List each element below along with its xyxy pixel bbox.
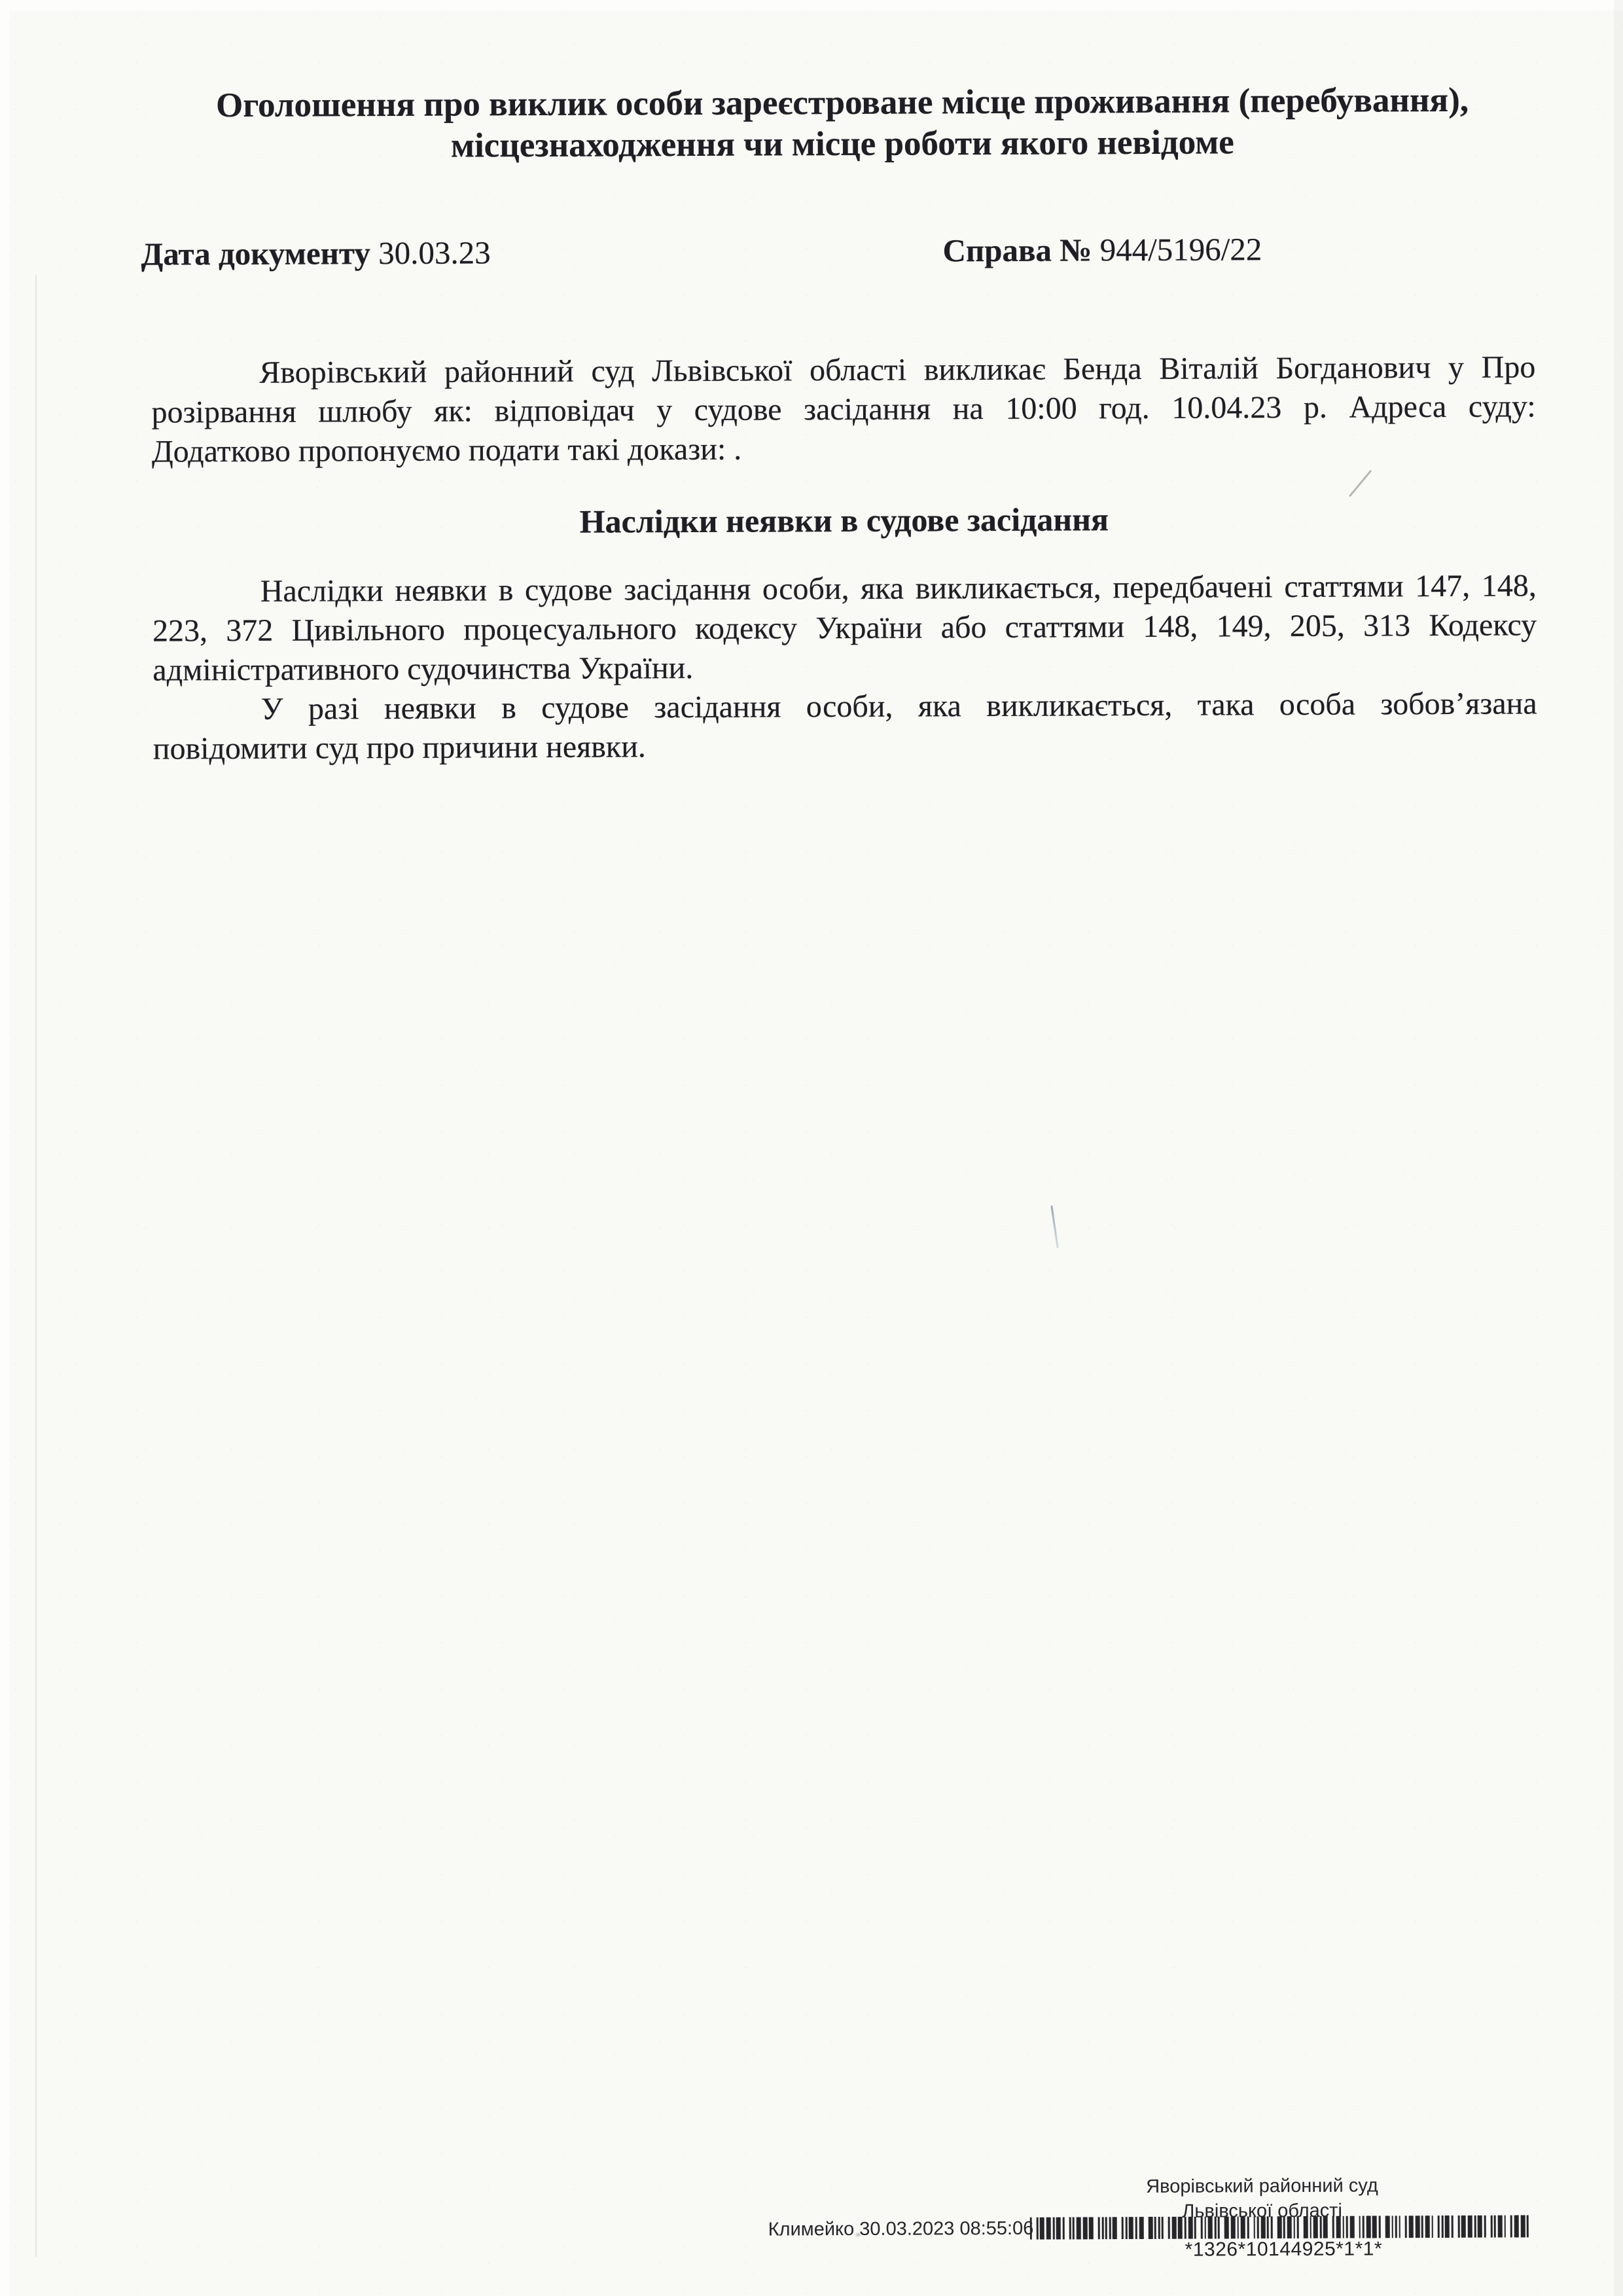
document-content: Оголошення про виклик особи зареєстрован… — [150, 0, 1544, 2296]
paragraph-line: 223, 372 Цивільного процесуального кодек… — [152, 605, 1537, 651]
paragraph-summons: Яворівський районний суд Львівської обла… — [151, 348, 1536, 471]
case-number-value: 944/5196/22 — [1100, 231, 1262, 268]
paragraph-line: Яворівський районний суд Львівської обла… — [151, 348, 1535, 393]
document-title-line: місцезнаходження чи місце роботи якого н… — [151, 120, 1535, 168]
scan-artifact-slash — [1349, 470, 1372, 497]
date-value: 30.03.23 — [378, 234, 491, 271]
barcode-label: *1326*10144925*1*1* — [1030, 2237, 1537, 2261]
section-heading: Наслідки неявки в судове засідання — [152, 498, 1536, 542]
footer-court-name-line: Яворівський районний суд — [1007, 2173, 1517, 2200]
paragraph-line: Наслідки неявки в судове засідання особи… — [152, 566, 1537, 611]
paragraph-line: Додатково пропонуємо подати такі докази:… — [152, 426, 1536, 471]
scan-edge-right — [1614, 0, 1623, 2296]
paragraph-line: повідомити суд про причини неявки. — [153, 723, 1537, 768]
page-background: Оголошення про виклик особи зареєстрован… — [0, 0, 1623, 2296]
case-number: Справа № 944/5196/22 — [942, 231, 1262, 269]
scan-artifact-speck — [855, 2232, 862, 2238]
barcode — [1030, 2215, 1537, 2239]
scanned-court-document: { "colors": { "ink": "#1e1e24", "paper":… — [0, 0, 1623, 2296]
case-number-label: Справа № — [942, 232, 1092, 268]
scan-edge-left — [0, 0, 9, 2296]
document-title: Оголошення про виклик особи зареєстрован… — [150, 79, 1535, 168]
paragraph-obligation: У разі неявки в судове засідання особи, … — [152, 684, 1537, 768]
date-label: Дата документу — [141, 235, 370, 272]
scan-edge-line — [35, 275, 37, 2257]
footer-stamp: Климейко 30.03.2023 08:55:06 — [768, 2218, 1025, 2241]
paragraph-line: У разі неявки в судове засідання особи, … — [152, 684, 1537, 729]
document-title-line: Оголошення про виклик особи зареєстрован… — [150, 79, 1534, 126]
scan-artifact-pen-stroke — [1050, 1206, 1058, 1249]
paragraph-line: адміністративного судочинства України. — [152, 645, 1537, 690]
paragraph-consequences: Наслідки неявки в судове засідання особи… — [152, 566, 1537, 690]
paragraph-line: розірвання шлюбу як: відповідач у судове… — [151, 387, 1535, 432]
meta-row: Дата документу 30.03.23 Справа № 944/519… — [141, 230, 1525, 272]
